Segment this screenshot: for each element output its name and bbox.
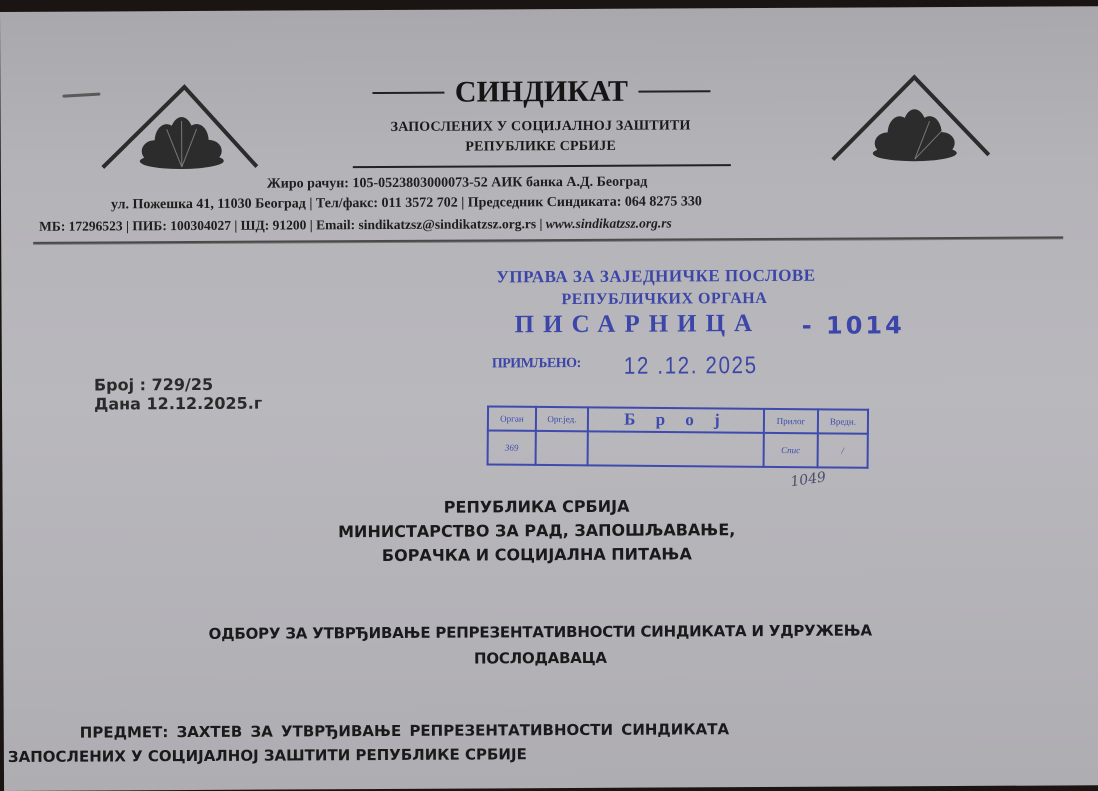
stamp-received-label: ПРИМЉЕНО: — [492, 356, 581, 372]
stamp-office-number: - 1014 — [802, 311, 905, 340]
bank-account-line: Жиро рачун: 105-0523803000073-52 АИК бан… — [267, 175, 647, 193]
stamp-authority-line2: РЕПУБЛИЧКИХ ОРГАНА — [561, 290, 767, 309]
title-dash-right — [638, 90, 710, 92]
stamp-cell-attachment: Спис — [764, 433, 818, 467]
document-page: СИНДИКАТ ЗАПОСЛЕНИХ У СОЦИЈАЛНОЈ ЗАШТИТИ… — [0, 6, 1098, 791]
stamp-cell-value: / — [818, 433, 868, 467]
stamp-header-number: Б р о ј — [588, 407, 764, 433]
stamp-registry-table: Орган Орг.јед. Б р о ј Прилог Вредн. 369… — [487, 405, 870, 468]
title-dash-left — [373, 92, 445, 94]
union-title-text: СИНДИКАТ — [455, 75, 628, 110]
stamp-table-header: Орган Орг.јед. Б р о ј Прилог Вредн. — [488, 406, 868, 433]
stamp-office: ПИСАРНИЦА — [515, 310, 762, 339]
letterhead-rule — [353, 164, 731, 168]
ids-line: МБ: 17296523 | ПИБ: 100304027 | ШД: 9120… — [39, 215, 672, 234]
union-title: СИНДИКАТ — [355, 74, 727, 110]
website-link[interactable]: www.sindikatzsz.org.rs — [546, 215, 672, 231]
stamp-header-attachment: Прилог — [764, 409, 818, 433]
board-line2: ПОСЛОДАВАЦА — [0, 642, 1089, 674]
stamp-handwritten-note: 1049 — [789, 469, 827, 490]
recipient-line3: БОРАЧКА И СОЦИЈАЛНА ПИТАЊА — [0, 540, 1086, 570]
roof-fan-logo-icon — [96, 81, 267, 182]
stamp-cell-number — [588, 431, 764, 467]
ids-text: МБ: 17296523 | ПИБ: 100304027 | ШД: 9120… — [39, 216, 546, 234]
pen-mark — [62, 92, 100, 97]
stamp-cell-org-unit — [536, 431, 588, 465]
union-subtitle-line1: ЗАПОСЛЕНИХ У СОЦИЈАЛНОЈ ЗАШТИТИ — [341, 118, 741, 136]
stamp-authority-line1: УПРАВА ЗА ЗАЈЕДНИЧКЕ ПОСЛОВЕ — [496, 266, 815, 288]
reference-date: Дана 12.12.2025.г — [94, 394, 262, 414]
roof-fan-logo-icon — [826, 73, 997, 174]
subject-line1: ПРЕДМЕТ: ЗАХТЕВ ЗА УТВРЂИВАЊЕ РЕПРЕЗЕНТА… — [80, 720, 729, 741]
union-subtitle-line2: РЕПУБЛИКЕ СРБИЈЕ — [341, 138, 741, 156]
stamp-header-value: Вредн. — [818, 409, 868, 433]
stamp-table-row: 369 Спис / — [488, 430, 868, 467]
stamp-header-organ: Орган — [488, 406, 536, 430]
subject-line2: ЗАПОСЛЕНИХ У СОЦИЈАЛНОЈ ЗАШТИТИ РЕПУБЛИК… — [8, 745, 527, 766]
stamp-cell-organ: 369 — [488, 430, 536, 464]
stamp-header-org-unit: Орг.јед. — [536, 407, 588, 431]
address-line: ул. Пожешка 41, 11030 Београд | Тел/факс… — [111, 194, 702, 213]
letterhead-separator — [33, 236, 1063, 243]
reference-number: Број : 729/25 — [94, 375, 213, 395]
stamp-received-date: 12 .12. 2025 — [624, 352, 758, 381]
